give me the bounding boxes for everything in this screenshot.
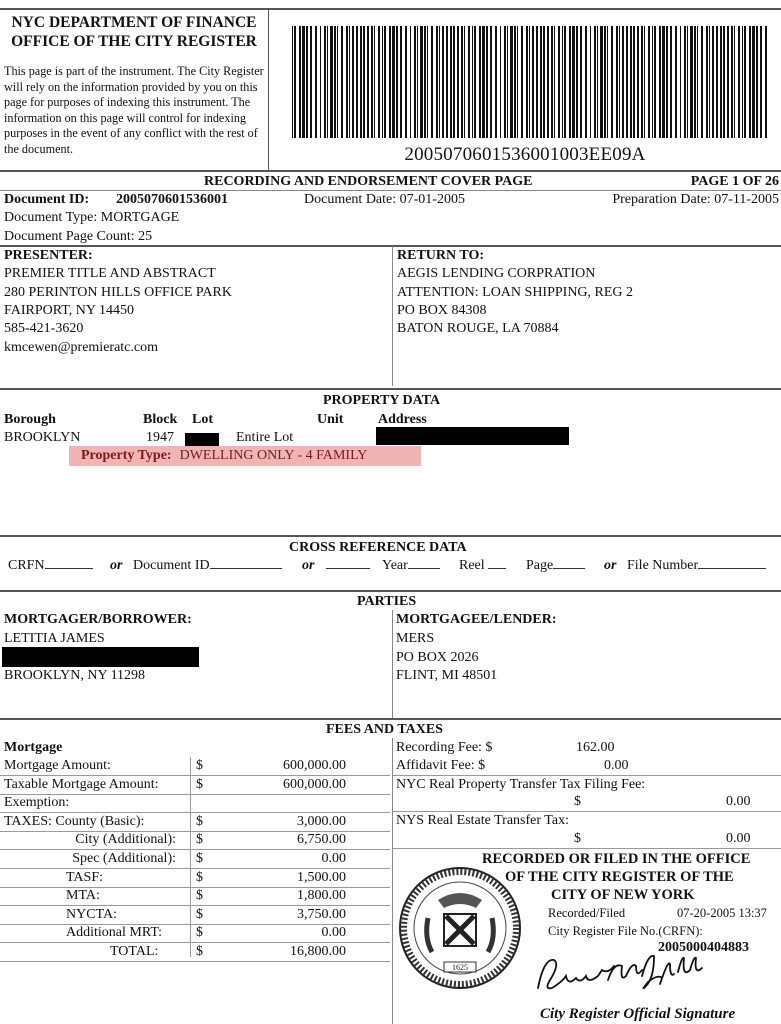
redacted-lot — [185, 433, 219, 446]
lot-description: Entire Lot — [236, 429, 293, 447]
block-value: 1947 — [146, 429, 174, 447]
fee-value: 6,750.00 — [297, 831, 346, 849]
crfn-field: CRFN — [8, 557, 93, 575]
fee-value: 0.00 — [322, 850, 347, 868]
return-to-line: AEGIS LENDING CORPRATION — [397, 265, 595, 283]
mortgage-heading: Mortgage — [4, 739, 62, 757]
nyc-rptt-label: NYC Real Property Transfer Tax Filing Fe… — [396, 776, 645, 794]
preparation-date: Preparation Date: 07-11-2005 — [612, 191, 779, 209]
recorded-datetime: 07-20-2005 13:37 — [677, 904, 767, 922]
signature-caption: City Register Official Signature — [540, 1005, 735, 1023]
presenter-email: kmcewen@premieratc.com — [4, 339, 158, 357]
lender-line: PO BOX 2026 — [396, 649, 478, 667]
divider — [0, 718, 781, 720]
fee-dollar-sign: $ — [196, 813, 203, 831]
fee-value: 600,000.00 — [283, 776, 346, 794]
col-unit: Unit — [317, 411, 343, 429]
year-field: Year — [382, 557, 440, 575]
property-type-highlight: Property Type:DWELLING ONLY - 4 FAMILY — [69, 446, 421, 466]
lender-heading: MORTGAGEE/LENDER: — [396, 611, 557, 629]
divider — [393, 848, 781, 849]
divider — [190, 757, 191, 957]
barcode-icon — [290, 26, 770, 138]
cover-page-title: RECORDING AND ENDORSEMENT COVER PAGE — [204, 173, 533, 191]
col-borough: Borough — [4, 411, 56, 429]
document-type: Document Type: MORTGAGE — [4, 209, 179, 227]
fee-dollar-sign: $ — [196, 887, 203, 905]
agency-name: NYC DEPARTMENT OF FINANCE — [0, 14, 268, 32]
recorded-line1: RECORDED OR FILED IN THE OFFICE — [482, 850, 750, 868]
presenter-line: FAIRPORT, NY 14450 — [4, 302, 134, 320]
barcode-number: 2005070601536001003EE09A — [270, 146, 780, 164]
nyc-rptt-value: 0.00 — [726, 793, 751, 811]
fee-label: TOTAL: — [110, 943, 158, 961]
document-id-label: Document ID: — [4, 191, 89, 209]
fee-value: 0.00 — [322, 924, 347, 942]
borough-value: BROOKLYN — [4, 429, 80, 447]
signature-icon — [530, 950, 720, 1000]
fee-dollar-sign: $ — [196, 850, 203, 868]
recorded-line2: OF THE CITY REGISTER OF THE — [505, 868, 734, 886]
fee-dollar-sign: $ — [196, 831, 203, 849]
fee-label: TAXES: County (Basic): — [4, 813, 144, 831]
crfn-label: City Register File No.(CRFN): — [548, 922, 703, 940]
fee-label: Spec (Additional): — [72, 850, 176, 868]
fee-value: 3,750.00 — [297, 906, 346, 924]
fee-label: NYCTA: — [66, 906, 117, 924]
fee-row: Mortgage Amount:$600,000.00 — [0, 757, 390, 776]
property-type-value: DWELLING ONLY - 4 FAMILY — [180, 448, 368, 463]
cross-reference-title: CROSS REFERENCE DATA — [289, 539, 467, 557]
borrower-city: BROOKLYN, NY 11298 — [4, 667, 145, 685]
affidavit-fee-label: Affidavit Fee: $ — [396, 757, 485, 775]
redacted-address — [376, 427, 569, 445]
city-seal-icon: 1625 — [398, 866, 522, 990]
recording-fee-label: Recording Fee: $ — [396, 739, 492, 757]
page-indicator: PAGE 1 OF 26 — [691, 173, 779, 191]
nys-rett-label: NYS Real Estate Transfer Tax: — [396, 812, 569, 830]
divider — [392, 610, 393, 718]
return-to-line: PO BOX 84308 — [397, 302, 486, 320]
col-lot: Lot — [192, 411, 213, 429]
fee-row: Taxable Mortgage Amount:$600,000.00 — [0, 776, 390, 795]
file-number-field: File Number — [627, 557, 766, 575]
indexing-notice: This page is part of the instrument. The… — [4, 64, 266, 158]
nys-rett-dollar: $ — [574, 830, 581, 848]
divider — [0, 170, 781, 172]
page-field: Page — [526, 557, 585, 575]
property-data-title: PROPERTY DATA — [323, 392, 440, 410]
fee-value: 600,000.00 — [283, 757, 346, 775]
borrower-heading: MORTGAGER/BORROWER: — [4, 611, 192, 629]
fee-row: TOTAL:$16,800.00 — [0, 943, 390, 962]
document-id: 2005070601536001 — [116, 191, 228, 209]
recording-fee-value: 162.00 — [576, 739, 615, 757]
fee-label: TASF: — [66, 869, 103, 887]
svg-text:1625: 1625 — [452, 963, 468, 972]
or-label: or — [302, 557, 314, 575]
fee-dollar-sign: $ — [196, 906, 203, 924]
fee-label: Exemption: — [4, 794, 69, 812]
return-to-line: ATTENTION: LOAN SHIPPING, REG 2 — [397, 284, 633, 302]
fee-value: 3,000.00 — [297, 813, 346, 831]
reel-field: Reel — [459, 557, 506, 575]
fee-label: Additional MRT: — [66, 924, 162, 942]
divider — [0, 388, 781, 390]
fee-row: TASF:$1,500.00 — [0, 869, 390, 888]
lender-line: FLINT, MI 48501 — [396, 667, 497, 685]
redacted-borrower-address — [2, 647, 199, 667]
fee-dollar-sign: $ — [196, 943, 203, 961]
nyc-rptt-dollar: $ — [574, 793, 581, 811]
fee-label: Mortgage Amount: — [4, 757, 111, 775]
fee-dollar-sign: $ — [196, 924, 203, 942]
nys-rett-value: 0.00 — [726, 830, 751, 848]
or-label: or — [604, 557, 616, 575]
fee-label: Taxable Mortgage Amount: — [4, 776, 159, 794]
divider — [392, 246, 393, 386]
fee-value: 16,800.00 — [290, 943, 346, 961]
presenter-line: PREMIER TITLE AND ABSTRACT — [4, 265, 216, 283]
document-page-count: Document Page Count: 25 — [4, 228, 152, 246]
fee-row: TAXES: County (Basic):$3,000.00 — [0, 813, 390, 832]
affidavit-fee-value: 0.00 — [604, 757, 629, 775]
fee-dollar-sign: $ — [196, 776, 203, 794]
parties-title: PARTIES — [357, 593, 416, 611]
document-date: Document Date: 07-01-2005 — [304, 191, 465, 209]
recorded-filed-label: Recorded/Filed — [548, 904, 625, 922]
fee-row: MTA:$1,800.00 — [0, 887, 390, 906]
fee-row: Exemption: — [0, 794, 390, 813]
divider — [392, 738, 393, 1024]
fee-row: Spec (Additional):$0.00 — [0, 850, 390, 869]
fees-taxes-title: FEES AND TAXES — [326, 721, 443, 739]
recorded-line3: CITY OF NEW YORK — [551, 886, 695, 904]
lender-line: MERS — [396, 630, 434, 648]
fee-dollar-sign: $ — [196, 869, 203, 887]
fee-row: Additional MRT:$0.00 — [0, 924, 390, 943]
property-type-label: Property Type: — [81, 448, 172, 463]
presenter-heading: PRESENTER: — [4, 247, 93, 265]
fee-row: City (Additional):$6,750.00 — [0, 831, 390, 850]
return-to-heading: RETURN TO: — [397, 247, 484, 265]
document-id-field: Document ID — [133, 557, 282, 575]
fee-value: 1,800.00 — [297, 887, 346, 905]
fee-label: City (Additional): — [75, 831, 176, 849]
borrower-name: LETITIA JAMES — [4, 630, 105, 648]
office-name: OFFICE OF THE CITY REGISTER — [0, 33, 268, 51]
fee-label: MTA: — [66, 887, 100, 905]
divider — [0, 590, 781, 592]
divider — [0, 245, 781, 247]
return-to-line: BATON ROUGE, LA 70884 — [397, 320, 559, 338]
blank-field — [326, 557, 370, 575]
fee-value: 1,500.00 — [297, 869, 346, 887]
or-label: or — [110, 557, 122, 575]
col-block: Block — [143, 411, 177, 429]
fee-row: NYCTA:$3,750.00 — [0, 906, 390, 925]
presenter-line: 280 PERINTON HILLS OFFICE PARK — [4, 284, 232, 302]
presenter-line: 585-421-3620 — [4, 320, 83, 338]
divider — [0, 535, 781, 537]
fee-dollar-sign: $ — [196, 757, 203, 775]
